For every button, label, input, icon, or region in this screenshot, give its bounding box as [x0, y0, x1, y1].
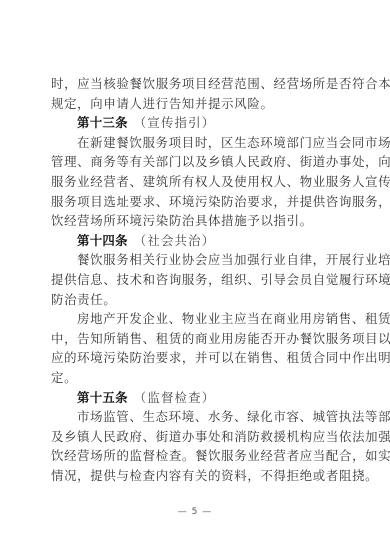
text-line: 应的环境污染防治要求，并可以在销售、租赁合同中作出明确约 [51, 348, 341, 368]
article-15-heading: 第十五条（监督检查） [51, 388, 341, 408]
text-line: 房地产开发企业、物业业主应当在商业用房销售、租赁活动 [51, 309, 341, 329]
text-line: 饮经营场所环境污染防治具体措施予以指引。 [51, 211, 341, 231]
article-title: （宣传指引） [134, 115, 216, 130]
text-line: 在新建餐饮服务项目时，区生态环境部门应当会同市场监督 [51, 133, 341, 153]
text-line: 及乡镇人民政府、街道办事处和消防救援机构应当依法加强对餐 [51, 427, 341, 447]
text-line: 服务业经营者、建筑所有权人及使用权人、物业服务人宣传餐饮 [51, 172, 341, 192]
text-line: 情况，提供与检查内容有关的资料，不得拒绝或者阻挠。 [51, 466, 341, 486]
text-line: 服务项目选址要求、环境污染防治要求，并提供咨询服务，对餐 [51, 192, 341, 212]
article-14-paragraph-1: 餐饮服务相关行业协会应当加强行业自律，开展行业培训， 提供信息、技术和咨询服务，… [51, 250, 341, 309]
text-line: 防治责任。 [51, 290, 341, 310]
text-line: 市场监管、生态环境、水务、绿化市容、城管执法等部门以 [51, 407, 341, 427]
article-number: 第十五条 [77, 390, 128, 405]
text-line: 提供信息、技术和咨询服务，组织、引导会员自觉履行环境污染 [51, 270, 341, 290]
article-number: 第十三条 [77, 115, 128, 130]
article-13-heading: 第十三条（宣传指引） [51, 113, 341, 133]
text-line: 定。 [51, 368, 341, 388]
article-14-paragraph-2: 房地产开发企业、物业业主应当在商业用房销售、租赁活动 中，告知所销售、租赁的商业… [51, 309, 341, 387]
text-line: 管理、商务等有关部门以及乡镇人民政府、街道办事处，向餐饮 [51, 152, 341, 172]
text-line: 规定，向申请人进行告知并提示风险。 [51, 94, 341, 114]
article-14-heading: 第十四条（社会共治） [51, 231, 341, 251]
text-line: 餐饮服务相关行业协会应当加强行业自律，开展行业培训， [51, 250, 341, 270]
article-number: 第十四条 [77, 233, 128, 248]
paragraph-continuation: 时，应当核验餐饮服务项目经营范围、经营场所是否符合本办法 规定，向申请人进行告知… [51, 74, 341, 113]
article-15-paragraph: 市场监管、生态环境、水务、绿化市容、城管执法等部门以 及乡镇人民政府、街道办事处… [51, 407, 341, 485]
text-line: 饮经营场所的监督检查。餐饮服务业经营者应当配合，如实反映 [51, 446, 341, 466]
article-title: （社会共治） [134, 233, 216, 248]
document-page: 时，应当核验餐饮服务项目经营范围、经营场所是否符合本办法 规定，向申请人进行告知… [51, 74, 341, 485]
article-title: （监督检查） [134, 390, 216, 405]
article-13-paragraph: 在新建餐饮服务项目时，区生态环境部门应当会同市场监督 管理、商务等有关部门以及乡… [51, 133, 341, 231]
text-line: 中，告知所销售、租赁的商业用房能否开办餐饮服务项目以及相 [51, 329, 341, 349]
page-number: — 5 — [0, 507, 390, 517]
text-line: 时，应当核验餐饮服务项目经营范围、经营场所是否符合本办法 [51, 74, 341, 94]
